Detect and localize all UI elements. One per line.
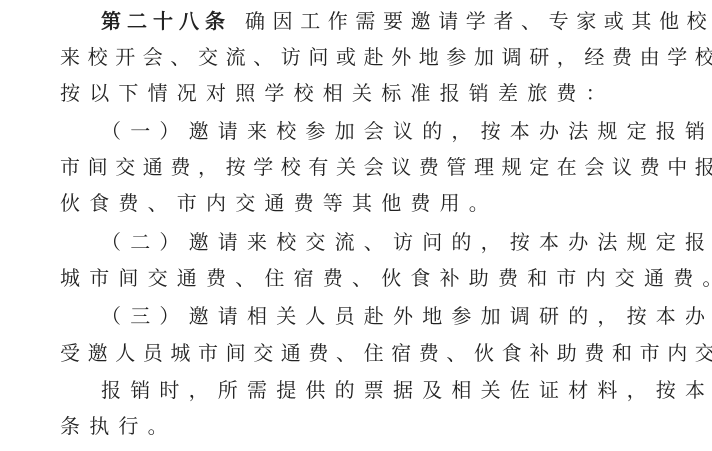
article-heading: 第二十八条 (101, 9, 231, 33)
text-line: 市间交通费，按学校有关会议费管理规定在会议费中报销住宿费、 (60, 154, 712, 180)
text-line: 确因工作需要邀请学者、专家或其他校外人员 (245, 9, 712, 33)
text-line: 受邀人员城市间交通费、住宿费、伙食补助费和市内交通费。 (60, 340, 712, 366)
text-line: 来校开会、交流、访问或赴外地参加调研，经费由学校承担的， (60, 44, 712, 70)
text-line: （三）邀请相关人员赴外地参加调研的，按本办法规定报销 (101, 303, 712, 329)
text-line: 伙食费、市内交通费等其他费用。 (60, 190, 498, 216)
text-line: 条执行。 (60, 413, 177, 439)
text-line: （二）邀请来校交流、访问的，按本办法规定报销受邀人员 (101, 229, 712, 255)
text-line: （一）邀请来校参加会议的，按本办法规定报销受邀人员城 (101, 118, 712, 144)
article-first-line: 第二十八条确因工作需要邀请学者、专家或其他校外人员 (101, 8, 712, 34)
text-line: 报销时，所需提供的票据及相关佐证材料，按本办法第十八 (101, 377, 712, 403)
text-line: 城市间交通费、住宿费、伙食补助费和市内交通费。 (60, 265, 712, 291)
text-line: 按以下情况对照学校相关标准报销差旅费： (60, 80, 615, 106)
